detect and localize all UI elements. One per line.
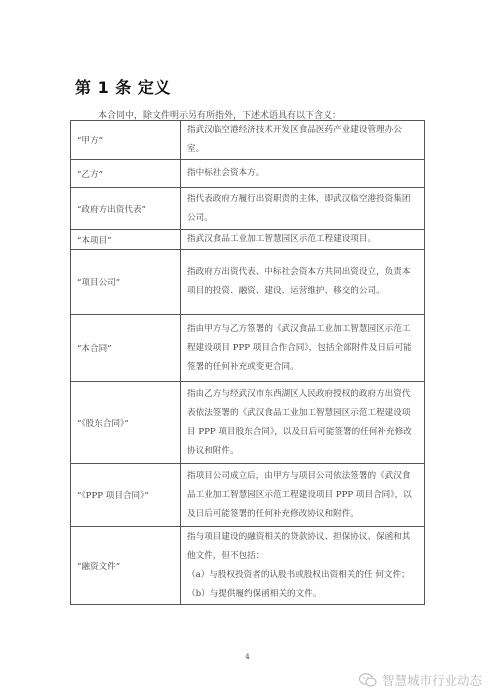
table-row: “政府方出资代表”指代表政府方履行出资职责的主体，即武汉临空港投资集团公司。 bbox=[71, 188, 425, 230]
definition-cell: 指武汉临空港经济技术开发区食品医药产业建设管理办公室。 bbox=[181, 121, 425, 160]
table-row: “《PPP 项目合同》”指项目公司成立后，由甲方与项目公司依法签署的《武汉食品工… bbox=[71, 464, 425, 527]
definition-line: 指武汉食品工业加工智慧园区示范工程建设项目。 bbox=[187, 230, 418, 249]
definition-cell: 指由乙方与经武汉市东西湖区人民政府授权的政府方出资代表依法签署的《武汉食品工业加… bbox=[181, 382, 425, 464]
definition-line: （a）与股权投资者的认股书或股权出资相关的任 何文件； bbox=[187, 566, 418, 585]
table-row: “《股东合同》”指由乙方与经武汉市东西湖区人民政府授权的政府方出资代表依法签署的… bbox=[71, 382, 425, 464]
table-row: “本项目”指武汉食品工业加工智慧园区示范工程建设项目。 bbox=[71, 230, 425, 250]
term-cell: “本合同” bbox=[71, 315, 181, 382]
section-heading: 第 1 条 定义 bbox=[75, 75, 171, 98]
watermark-text: 智慧城市行业动态 bbox=[382, 671, 482, 689]
table-row: “融资文件”指与项目建设的融资相关的贷款协议、担保协议、保函和其他文件，但不包括… bbox=[71, 527, 425, 605]
definition-cell: 指与项目建设的融资相关的贷款协议、担保协议、保函和其他文件，但不包括：（a）与股… bbox=[181, 527, 425, 605]
table-row: “乙方”指中标社会资本方。 bbox=[71, 160, 425, 188]
definition-line: 指与项目建设的融资相关的贷款协议、担保协议、保函和其他文件，但不包括： bbox=[187, 528, 418, 566]
definition-cell: 指由甲方与乙方签署的《武汉食品工业加工智慧园区示范工程建设项目 PPP 项目合作… bbox=[181, 315, 425, 382]
table-row: “项目公司”指政府方出资代表、中标社会资本方共同出资设立，负责本项目的投资、融资… bbox=[71, 250, 425, 315]
definition-line: 指由甲方与乙方签署的《武汉食品工业加工智慧园区示范工程建设项目 PPP 项目合作… bbox=[187, 320, 418, 377]
definition-cell: 指中标社会资本方。 bbox=[181, 160, 425, 188]
definition-cell: 指武汉食品工业加工智慧园区示范工程建设项目。 bbox=[181, 230, 425, 250]
term-cell: “《股东合同》” bbox=[71, 382, 181, 464]
definition-cell: 指代表政府方履行出资职责的主体，即武汉临空港投资集团公司。 bbox=[181, 188, 425, 230]
definition-line: 指中标社会资本方。 bbox=[187, 164, 418, 183]
definition-line: 指武汉临空港经济技术开发区食品医药产业建设管理办公室。 bbox=[187, 121, 418, 159]
definition-line: （b）与提供履约保函相关的文件。 bbox=[187, 585, 418, 604]
table-row: “本合同”指由甲方与乙方签署的《武汉食品工业加工智慧园区示范工程建设项目 PPP… bbox=[71, 315, 425, 382]
term-cell: “项目公司” bbox=[71, 250, 181, 315]
term-cell: “乙方” bbox=[71, 160, 181, 188]
definition-line: 指政府方出资代表、中标社会资本方共同出资设立，负责本项目的投资、融资、建设、运营… bbox=[187, 263, 418, 301]
term-cell: “政府方出资代表” bbox=[71, 188, 181, 230]
definitions-table: “甲方”指武汉临空港经济技术开发区食品医药产业建设管理办公室。“乙方”指中标社会… bbox=[70, 120, 425, 605]
definition-line: 指项目公司成立后，由甲方与项目公司依法签署的《武汉食品工业加工智慧园区示范工程建… bbox=[187, 467, 418, 524]
watermark: 智慧城市行业动态 bbox=[358, 671, 482, 689]
definition-cell: 指项目公司成立后，由甲方与项目公司依法签署的《武汉食品工业加工智慧园区示范工程建… bbox=[181, 464, 425, 527]
term-cell: “甲方” bbox=[71, 121, 181, 160]
term-cell: “本项目” bbox=[71, 230, 181, 250]
term-cell: “融资文件” bbox=[71, 527, 181, 605]
definition-line: 指代表政府方履行出资职责的主体，即武汉临空港投资集团公司。 bbox=[187, 190, 418, 228]
term-cell: “《PPP 项目合同》” bbox=[71, 464, 181, 527]
definition-cell: 指政府方出资代表、中标社会资本方共同出资设立，负责本项目的投资、融资、建设、运营… bbox=[181, 250, 425, 315]
page-number: 4 bbox=[0, 653, 495, 661]
wechat-icon bbox=[358, 672, 378, 688]
table-row: “甲方”指武汉临空港经济技术开发区食品医药产业建设管理办公室。 bbox=[71, 121, 425, 160]
definition-line: 指由乙方与经武汉市东西湖区人民政府授权的政府方出资代表依法签署的《武汉食品工业加… bbox=[187, 385, 418, 461]
